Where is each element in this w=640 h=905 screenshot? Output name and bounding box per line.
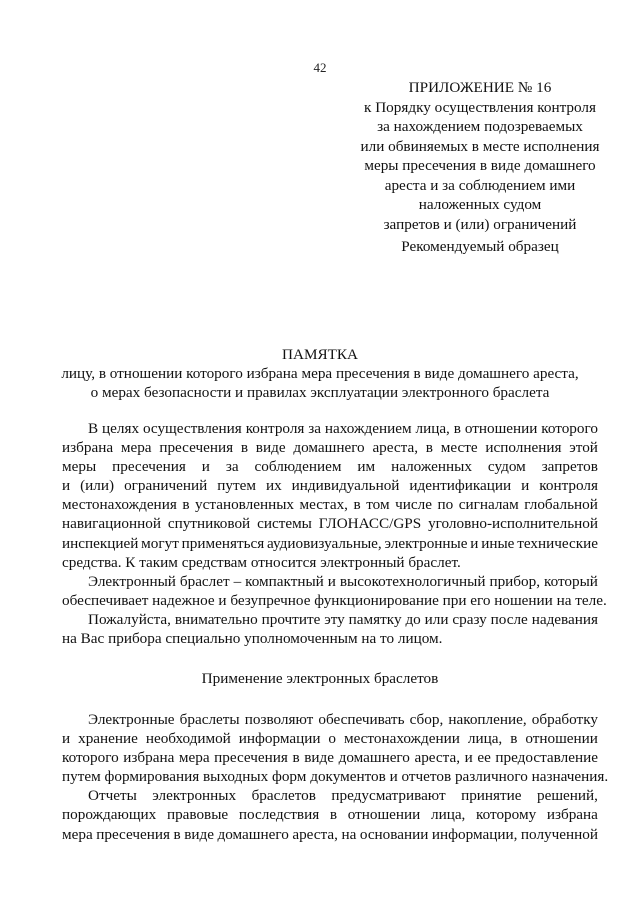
paragraph-line: местонахождениявустановленныхместах,втом… <box>62 495 598 514</box>
memo-subtitle: лицу, в отношении которого избрана мера … <box>40 364 600 402</box>
memo-title: ПАМЯТКА <box>0 345 640 364</box>
appendix-line: за нахождением подозреваемых <box>330 117 630 137</box>
appendix-line: меры пресечения в виде домашнего <box>330 156 630 176</box>
paragraph-line: навигационнойспутниковойсистемыГЛОНАСС/G… <box>62 514 598 533</box>
intro-section: Вцеляхосуществленияконтролязанахождением… <box>62 419 598 648</box>
page-number: 42 <box>0 60 640 76</box>
paragraph-line: мерапресеченияввидедомашнегоареста,наосн… <box>62 825 598 844</box>
application-section: Электронныебраслетыпозволяютобеспечивать… <box>62 710 598 844</box>
paragraph-line: инспекциеймогутприменятьсяаудиовизуальны… <box>62 534 598 553</box>
memo-subtitle-line: лицу, в отношении которого избрана мера … <box>40 364 600 383</box>
paragraph-line: Отчетыэлектронныхбраслетовпредусматриваю… <box>62 786 598 805</box>
paragraph-line: избранамерапресеченияввидедомашнегоарест… <box>62 438 598 457</box>
appendix-line: ареста и за соблюдением ими <box>330 176 630 196</box>
section-heading: Применение электронных браслетов <box>0 669 640 688</box>
paragraph-line: средства.Ктакимсредствамотноситсяэлектро… <box>62 553 598 572</box>
paragraph: Электронныебраслетыпозволяютобеспечивать… <box>62 710 598 786</box>
paragraph-line: Электронныйбраслет–компактныйивысокотехн… <box>62 572 598 591</box>
paragraph: Электронныйбраслет–компактныйивысокотехн… <box>62 572 598 610</box>
paragraph-line: которогоизбранамерапресеченияввидедомашн… <box>62 748 598 767</box>
paragraph: Отчетыэлектронныхбраслетовпредусматриваю… <box>62 786 598 843</box>
paragraph: Пожалуйста,внимательнопрочтитеэтупамятку… <box>62 610 598 648</box>
paragraph-line: Электронныебраслетыпозволяютобеспечивать… <box>62 710 598 729</box>
paragraph-line: порождающихправовыепоследствиявотношении… <box>62 805 598 824</box>
paragraph-line: и(или)ограниченийпутемихиндивидуальнойид… <box>62 476 598 495</box>
paragraph: Вцеляхосуществленияконтролязанахождением… <box>62 419 598 572</box>
appendix-line: наложенных судом <box>330 195 630 215</box>
paragraph-line: Пожалуйста,внимательнопрочтитеэтупамятку… <box>62 610 598 629</box>
document-page: 42 ПРИЛОЖЕНИЕ № 16 к Порядку осуществлен… <box>0 0 640 905</box>
paragraph-line: путемформированиявыходныхформдокументови… <box>62 767 598 786</box>
appendix-line: к Порядку осуществления контроля <box>330 98 630 118</box>
recommended-sample-label: Рекомендуемый образец <box>330 237 630 256</box>
paragraph-line: обеспечиваетнадежноеибезупречноефункцион… <box>62 591 598 610</box>
appendix-title: ПРИЛОЖЕНИЕ № 16 <box>330 78 630 98</box>
appendix-line: запретов и (или) ограничений <box>330 215 630 235</box>
appendix-header: ПРИЛОЖЕНИЕ № 16 к Порядку осуществления … <box>330 78 630 234</box>
paragraph-line: Вцеляхосуществленияконтролязанахождением… <box>62 419 598 438</box>
paragraph-line: наВасприбораспециальноуполномоченнымнато… <box>62 629 598 648</box>
paragraph-line: мерыпресеченияизасоблюдениемимналоженных… <box>62 457 598 476</box>
appendix-line: или обвиняемых в месте исполнения <box>330 137 630 157</box>
memo-subtitle-line: о мерах безопасности и правилах эксплуат… <box>40 383 600 402</box>
paragraph-line: ихранениенеобходимойинформацииоместонахо… <box>62 729 598 748</box>
